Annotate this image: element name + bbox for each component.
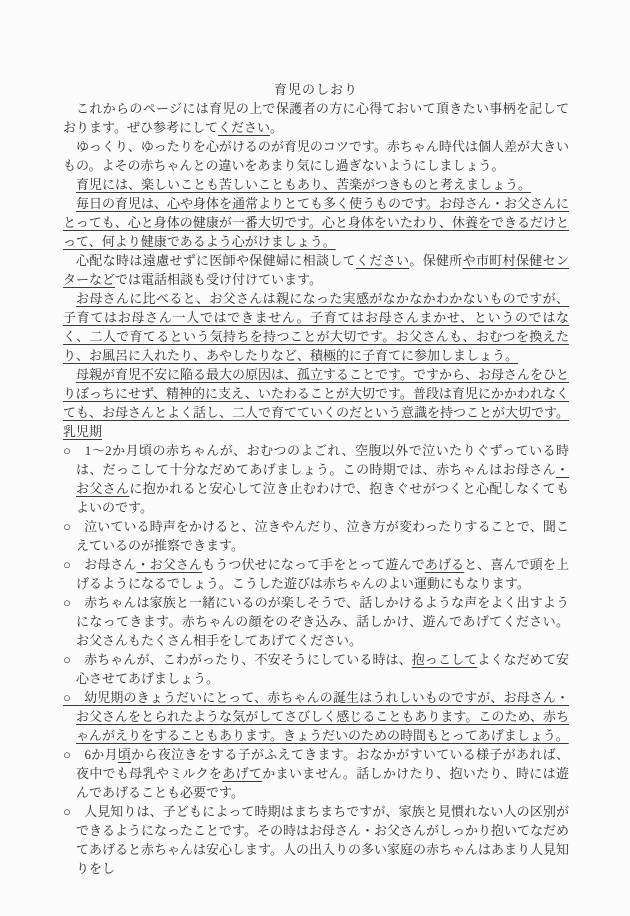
text-segment: に抱かれると安心して泣き止むわけで、抱きぐせがつくと心配しなくてもよいのです。 (76, 481, 569, 515)
list-bullet: ○ (63, 804, 84, 819)
list-item: ○ 6か月頃から夜泣きをする子がふえてきます。おなかがすいている様子があれば、夜… (63, 745, 569, 802)
scanned-document-page: 育児のしおり これからのページには育児の上で保護者の方に心得ておいて頂きたい事柄… (0, 0, 630, 916)
underlined-text-segment: 抱っこして (412, 652, 478, 667)
paragraph: お母さんに比べると、お父さんは親になった実感がなかなかわかないものですが、子育て… (63, 289, 569, 365)
underlined-text-segment: 育児には、楽しいことも苦しいこともあり、苦楽がつきものと考えましょう。 (76, 177, 531, 192)
childcare-guide-document: 育児のしおり これからのページには育児の上で保護者の方に心得ておいて頂きたい事柄… (63, 80, 569, 878)
underlined-text-segment: 幼児期のきょうだいにとって、赤ちゃんの誕生はうれしいものですが、お母さん・お父さ… (76, 690, 569, 743)
list-bullet: ○ (63, 690, 84, 705)
list-item: ○ 泣いている時声をかけると、泣きやんだり、泣き方が変わったりすることで、聞こえ… (63, 517, 569, 555)
text-segment: 6か月 (84, 747, 117, 762)
text-segment: では電話相談も受け付けています。 (115, 272, 322, 287)
list-item: ○ 人見知りは、子どもによって時期はまちまちですが、家族と見慣れない人の区別がで… (63, 802, 569, 878)
text-segment: 。 (270, 120, 283, 135)
paragraph: 毎日の育児は、心や身体を通常よりとても多く使うものです。お母さん・お父さんにとっ… (63, 194, 569, 251)
list-bullet: ○ (63, 595, 84, 610)
list-item: ○ 赤ちゃんは家族と一緒にいるのが楽しそうで、話しかけるような声をよく出すように… (63, 593, 569, 650)
text-segment: 赤ちゃんは家族と一緒にいるのが楽しそうで、話しかけるような声をよく出すようになっ… (76, 595, 569, 648)
text-segment: 赤ちゃんが、こわがったり、不安そうにしている時は、 (84, 652, 412, 667)
underlined-text-segment: お母さんに比べると、お父さんは親になった実感がなかなかわかないものですが、子育て… (63, 291, 569, 363)
underlined-text-segment: ください (218, 120, 270, 135)
paragraph: 育児には、楽しいことも苦しいこともあり、苦楽がつきものと考えましょう。 (63, 175, 569, 194)
document-body: これからのページには育児の上で保護者の方に心得ておいて頂きたい事柄を記しておりま… (63, 99, 569, 878)
list-item: ○ 1～2か月頃の赤ちゃんが、おむつのよごれ、空腹以外で泣いたりぐずっている時は… (63, 441, 569, 517)
list-item: ○ 幼児期のきょうだいにとって、赤ちゃんの誕生はうれしいものですが、お母さん・お… (63, 688, 569, 745)
text-segment: 1～2か月頃の赤ちゃんが、おむつのよごれ、空腹以外で泣いたりぐずっている時は、だ… (76, 443, 569, 477)
underlined-text-segment: ください (356, 253, 409, 268)
text-segment: 心配な時は遠慮せずに医師や保健婦に相談して (76, 253, 356, 268)
underlined-text-segment: 乳児期 (63, 424, 102, 439)
underlined-text-segment: ・お父さん (137, 557, 203, 572)
list-bullet: ○ (63, 557, 84, 572)
paragraph: 心配な時は遠慮せずに医師や保健婦に相談してください。保健所や市町村保健センターな… (63, 251, 569, 289)
paragraph: 母親が育児不安に陥る最大の原因は、孤立することです。ですから、お母さんをひとりぼ… (63, 365, 569, 422)
underlined-text-segment: あげて (222, 766, 262, 781)
list-bullet: ○ (63, 443, 85, 458)
text-segment: これからのページには育児の上で保護者の方に心得ておいて頂きたい事柄を記しておりま… (63, 101, 569, 135)
underlined-text-segment: 頃 (118, 747, 131, 762)
list-item: ○ 赤ちゃんが、こわがったり、不安そうにしている時は、抱っこしてよくなだめて安心… (63, 650, 569, 688)
list-item: ○ お母さん・お父さんもうつ伏せになって手をとって遊んであげると、喜んで頭を上げ… (63, 555, 569, 593)
paragraph: ゆっくり、ゆったりを心がけるのが育児のコツです。赤ちゃん時代は個人差が大きいもの… (63, 137, 569, 175)
text-segment: お母さん (84, 557, 136, 572)
text-segment: もうつ伏せになって手をとって遊んで (202, 557, 425, 572)
text-segment: 人見知りは、子どもによって時期はまちまちですが、家族と見慣れない人の区別ができる… (76, 804, 569, 876)
underlined-text-segment: あげる (425, 557, 464, 572)
section-heading: 乳児期 (63, 422, 569, 441)
underlined-text-segment: 母親が育児不安に陥る最大の原因は、孤立することです。ですから、お母さんをひとりぼ… (63, 367, 569, 420)
text-segment: 泣いている時声をかけると、泣きやんだり、泣き方が変わったりすることで、聞こえてい… (76, 519, 569, 553)
text-segment: 。保健所 (409, 253, 462, 268)
paragraph: これからのページには育児の上で保護者の方に心得ておいて頂きたい事柄を記しておりま… (63, 99, 569, 137)
list-bullet: ○ (63, 652, 84, 667)
underlined-text-segment: 毎日の育児は、心や身体を通常よりとても多く使うものです。お母さん・お父さんにとっ… (63, 196, 569, 249)
document-title: 育児のしおり (63, 80, 569, 99)
list-bullet: ○ (63, 747, 84, 762)
list-bullet: ○ (63, 519, 84, 534)
text-segment: ゆっくり、ゆったりを心がけるのが育児のコツです。赤ちゃん時代は個人差が大きいもの… (63, 139, 569, 173)
